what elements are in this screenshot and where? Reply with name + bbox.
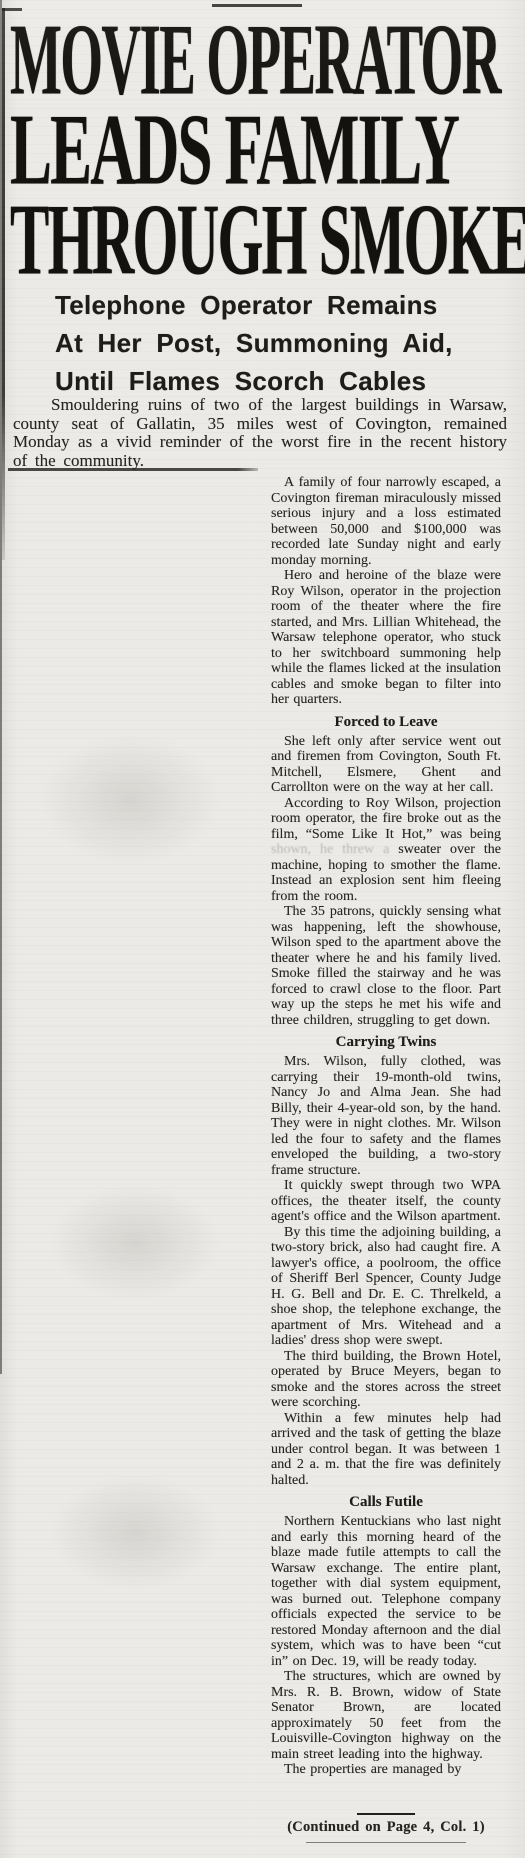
- lede-paragraph: Smouldering ruins of two of the largest …: [13, 396, 507, 470]
- deck-line-2: At Her Post, Summoning Aid,: [55, 324, 453, 362]
- faded-illegible-text: shown, he threw a: [271, 842, 389, 857]
- section-heading-carrying-twins: Carrying Twins: [271, 1034, 501, 1050]
- body-column: A family of four narrowly escaped, a Cov…: [271, 475, 501, 1843]
- paragraph-text: According to Roy Wilson, projection room…: [271, 796, 501, 842]
- article-headline: MOVIE OPERATOR LEADS FAMILY THROUGH SMOK…: [10, 16, 525, 286]
- body-paragraph: By this time the adjoining building, a t…: [271, 1225, 501, 1349]
- body-paragraph-with-faded-text: According to Roy Wilson, projection room…: [271, 796, 501, 905]
- body-paragraph: The 35 patrons, quickly sensing what was…: [271, 904, 501, 1028]
- body-paragraph: The properties are managed by: [271, 1762, 501, 1778]
- article-deck: Telephone Operator Remains At Her Post, …: [55, 286, 453, 400]
- body-paragraph: It quickly swept through two WPA offices…: [271, 1178, 501, 1225]
- deck-line-1: Telephone Operator Remains: [55, 286, 453, 324]
- headline-line-3: THROUGH SMOKE: [10, 196, 525, 288]
- paper-smudge: [50, 1475, 220, 1590]
- body-paragraph: The third building, the Brown Hotel, ope…: [271, 1349, 501, 1411]
- body-paragraph: The structures, which are owned by Mrs. …: [271, 1669, 501, 1762]
- body-paragraph: She left only after service went out and…: [271, 734, 501, 796]
- column-divider-rule: [0, 0, 2, 1374]
- body-paragraph: Hero and heroine of the blaze were Roy W…: [271, 568, 501, 708]
- body-paragraph: Mrs. Wilson, fully clothed, was carrying…: [271, 1054, 501, 1178]
- body-paragraph: Northern Kentuckians who last night and …: [271, 1514, 501, 1669]
- continued-notice: (Continued on Page 4, Col. 1): [271, 1813, 501, 1844]
- continued-rule-top: [357, 1813, 415, 1815]
- section-heading-forced-to-leave: Forced to Leave: [271, 714, 501, 730]
- newspaper-clipping: MOVIE OPERATOR LEADS FAMILY THROUGH SMOK…: [0, 0, 525, 1858]
- paper-smudge: [40, 735, 220, 865]
- left-edge-rule: [2, 8, 5, 560]
- body-paragraph: Within a few minutes help had arrived an…: [271, 1411, 501, 1489]
- lede-underline-rule: [8, 468, 258, 471]
- paper-smudge: [50, 1185, 220, 1300]
- continued-rule-bottom: [306, 1842, 466, 1843]
- body-paragraph: A family of four narrowly escaped, a Cov…: [271, 475, 501, 568]
- continued-text: (Continued on Page 4, Col. 1): [287, 1819, 484, 1835]
- section-heading-calls-futile: Calls Futile: [271, 1494, 501, 1510]
